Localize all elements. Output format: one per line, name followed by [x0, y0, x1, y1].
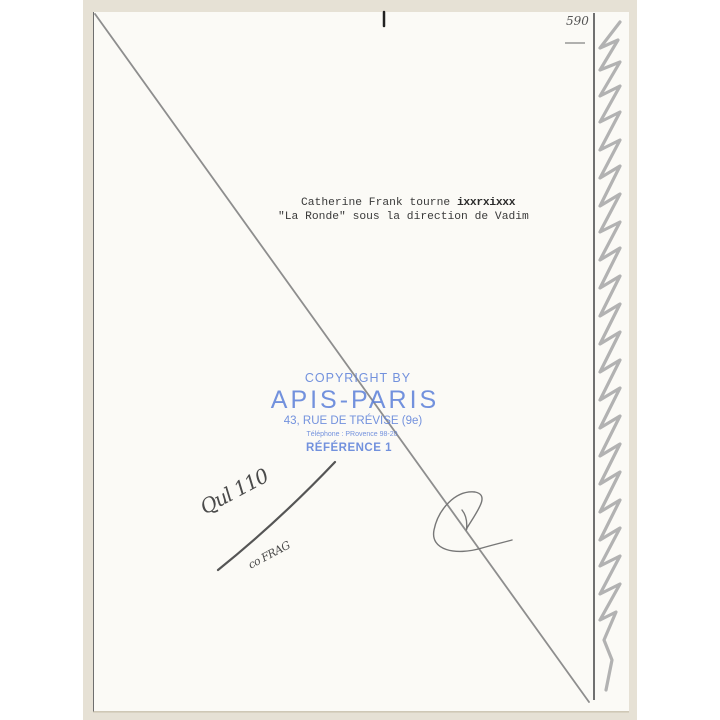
margin-zigzag-scribble	[600, 22, 620, 690]
stamp-reference: RÉFÉRENCE 1	[236, 440, 462, 456]
caption-line1-prefix: Catherine Frank tourne	[301, 197, 457, 209]
stamp-agency-name: APIS-PARIS	[248, 386, 462, 414]
stamp-address: 43, RUE DE TRÉVISE (9e)	[244, 414, 462, 429]
stamp-copyright-by: COPYRIGHT BY	[254, 370, 462, 386]
diagonal-cross-line	[95, 14, 589, 702]
caption-line2: "La Ronde" sous la direction de Vadim	[278, 211, 529, 223]
handwritten-number: 590	[566, 14, 589, 28]
copyright-stamp: COPYRIGHT BY APIS-PARIS 43, RUE DE TRÉVI…	[248, 370, 462, 456]
pencil-markings	[0, 0, 720, 720]
caption-struck-text: ixxrxixxx	[457, 197, 515, 209]
stamp-telephone: Téléphone : PRovence 98-20	[242, 429, 462, 440]
typed-caption: Catherine Frank tourne ixxrxixxx "La Ron…	[301, 196, 529, 224]
